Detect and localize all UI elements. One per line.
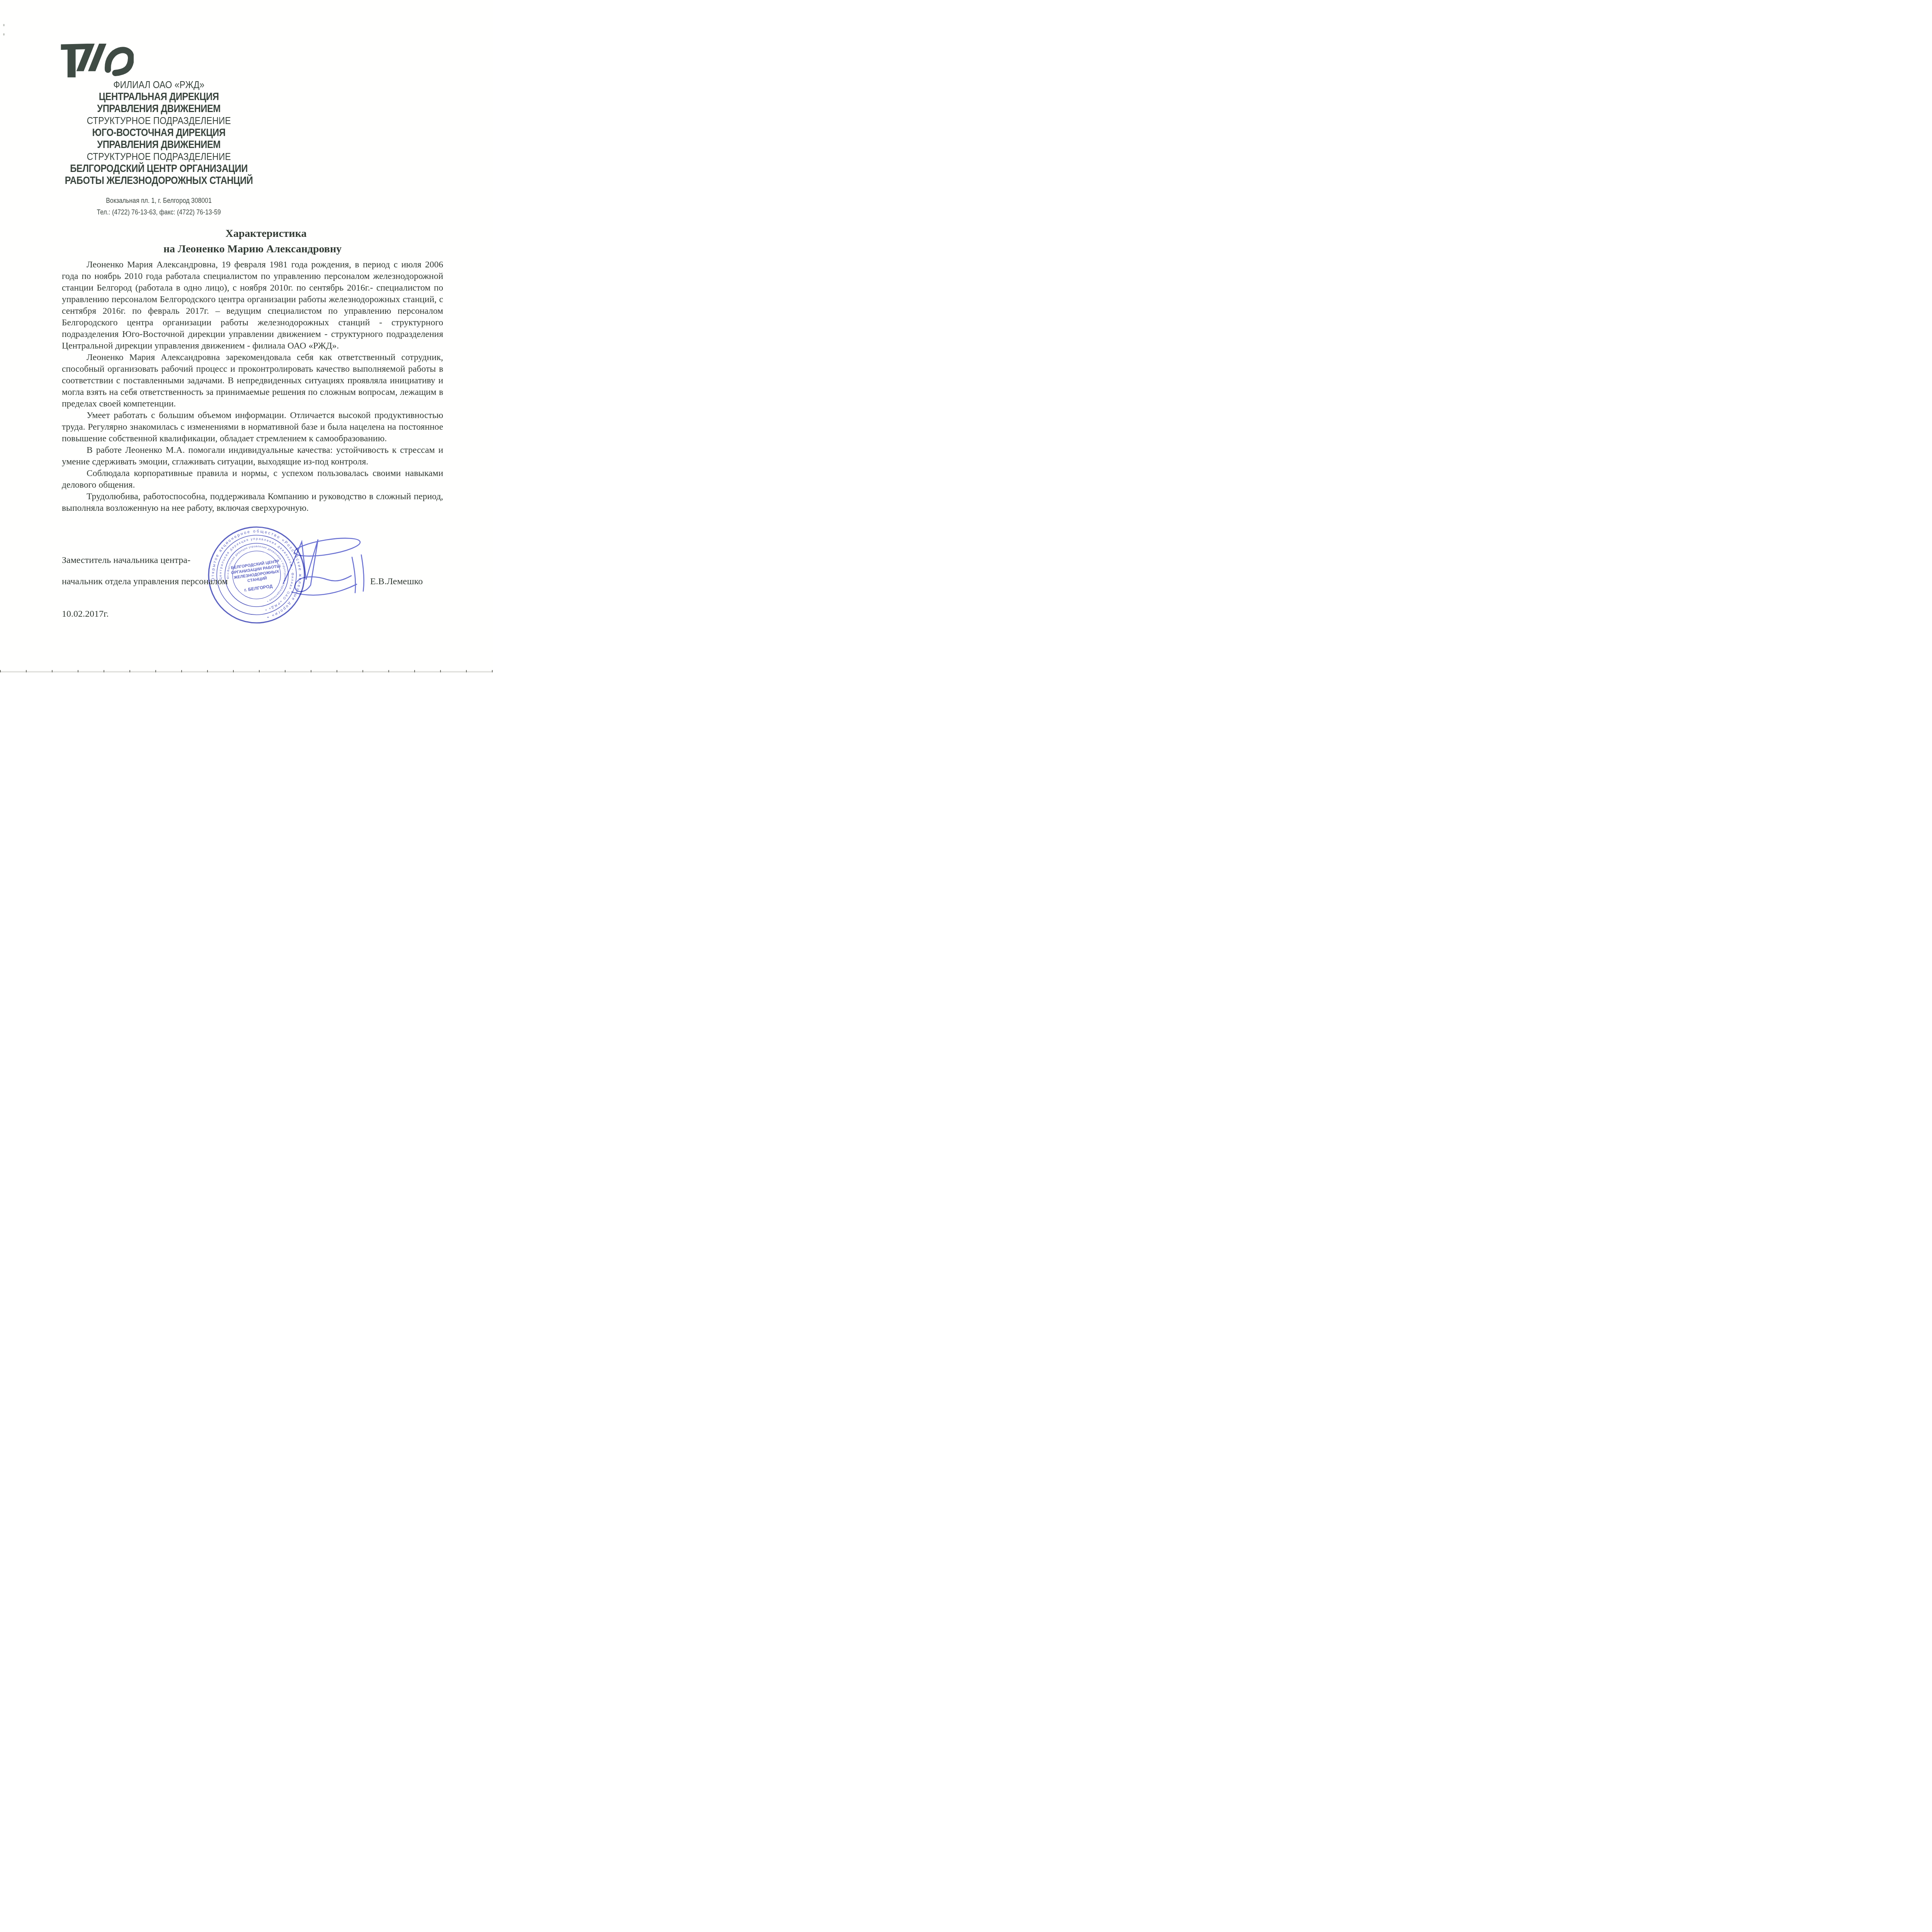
scan-speck: [3, 33, 5, 36]
letterhead-line: УПРАВЛЕНИЯ ДВИЖЕНИЕМ: [64, 103, 254, 115]
title-line-2: на Леоненко Марию Александровну: [62, 243, 443, 256]
letterhead-line: ФИЛИАЛ ОАО «РЖД»: [64, 79, 254, 91]
handwritten-signature: [269, 533, 373, 603]
letterhead-line: ЦЕНТРАЛЬНАЯ ДИРЕКЦИЯ: [64, 91, 254, 103]
paragraph: Умеет работать с большим объемом информа…: [62, 410, 443, 444]
signer-name: Е.В.Лемешко: [370, 577, 423, 587]
letterhead: ФИЛИАЛ ОАО «РЖД» ЦЕНТРАЛЬНАЯ ДИРЕКЦИЯ УП…: [64, 79, 254, 218]
letterhead-line: СТРУКТУРНОЕ ПОДРАЗДЕЛЕНИЕ: [64, 151, 254, 163]
signer-position-line-1: Заместитель начальника центра-: [62, 555, 190, 566]
letterhead-line: СТРУКТУРНОЕ ПОДРАЗДЕЛЕНИЕ: [64, 115, 254, 127]
letterhead-line: УПРАВЛЕНИЯ ДВИЖЕНИЕМ: [64, 139, 254, 151]
letterhead-phone: Тел.: (4722) 76-13-63, факс: (4722) 76-1…: [64, 206, 254, 218]
paragraph: Леоненко Мария Александровна зарекомендо…: [62, 352, 443, 410]
signer-position-line-2: начальник отдела управления персоналом: [62, 577, 228, 587]
scan-edge-artifact: [0, 670, 493, 672]
paragraph: Леоненко Мария Александровна, 19 февраля…: [62, 259, 443, 352]
document-title: Характеристика на Леоненко Марию Алексан…: [62, 227, 443, 256]
scan-speck: [3, 24, 5, 26]
title-line-1: Характеристика: [89, 227, 443, 240]
paragraph: Трудолюбива, работоспособна, поддерживал…: [62, 491, 443, 514]
body-text: Леоненко Мария Александровна, 19 февраля…: [62, 259, 443, 514]
document-page: ФИЛИАЛ ОАО «РЖД» ЦЕНТРАЛЬНАЯ ДИРЕКЦИЯ УП…: [0, 0, 493, 672]
letterhead-line: БЕЛГОРОДСКИЙ ЦЕНТР ОРГАНИЗАЦИИ: [64, 163, 254, 175]
paragraph: В работе Леоненко М.А. помогали индивиду…: [62, 444, 443, 468]
paragraph: Соблюдала корпоративные правила и нормы,…: [62, 468, 443, 491]
document-date: 10.02.2017г.: [62, 609, 109, 619]
letterhead-line: РАБОТЫ ЖЕЛЕЗНОДОРОЖНЫХ СТАНЦИЙ: [64, 175, 254, 187]
letterhead-line: ЮГО-ВОСТОЧНАЯ ДИРЕКЦИЯ: [64, 127, 254, 139]
rzd-logo-icon: [56, 36, 134, 80]
letterhead-address: Вокзальная пл. 1, г. Белгород 308001: [64, 195, 254, 206]
